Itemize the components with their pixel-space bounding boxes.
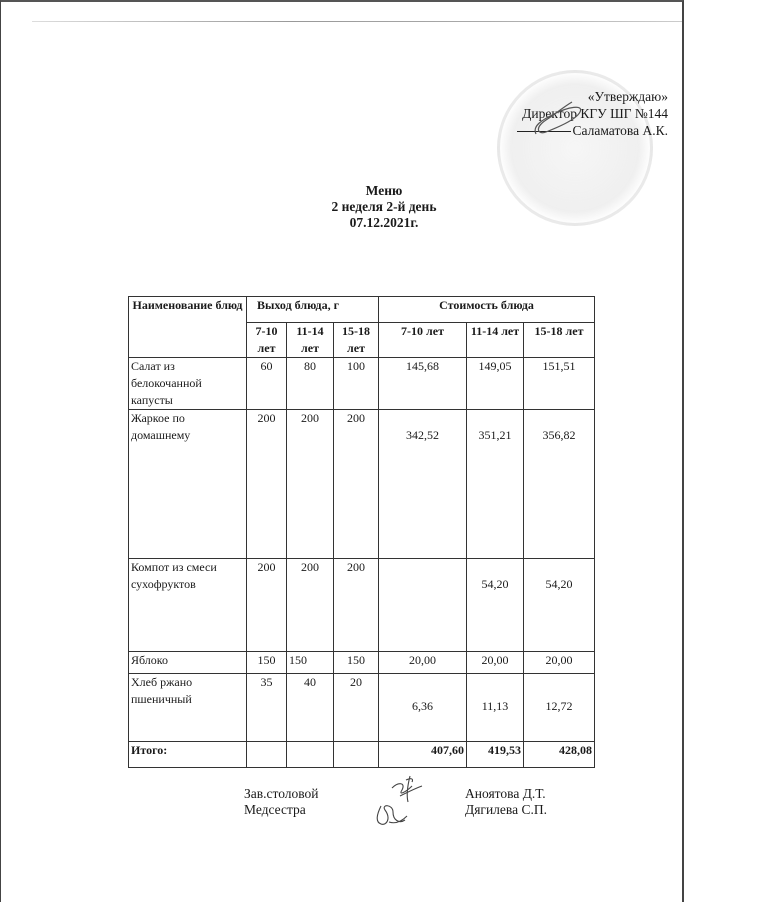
dish-name: Жаркое по домашнему bbox=[129, 410, 247, 559]
dish-name: Хлеб ржано пшеничный bbox=[129, 674, 247, 742]
dish-yield: 80 bbox=[287, 358, 334, 410]
dish-yield: 200 bbox=[247, 410, 287, 559]
role-canteen-head: Зав.столовой bbox=[244, 786, 319, 802]
header-yield-age: 11-14 лет bbox=[287, 323, 334, 358]
dish-yield: 20 bbox=[334, 674, 379, 742]
menu-table: Наименование блюд Выход блюда, г Стоимос… bbox=[128, 296, 595, 768]
dish-cost: 20,00 bbox=[379, 652, 467, 674]
empty-cell bbox=[247, 742, 287, 768]
table-row: Салат из белокочанной капусты 60 80 100 … bbox=[129, 358, 595, 410]
dish-yield: 200 bbox=[287, 559, 334, 652]
dish-yield: 35 bbox=[247, 674, 287, 742]
dish-yield: 60 bbox=[247, 358, 287, 410]
total-label: Итого: bbox=[129, 742, 247, 768]
name-nurse: Дягилева С.П. bbox=[465, 802, 547, 818]
dish-cost: 12,72 bbox=[524, 674, 595, 742]
header-cost-age: 15-18 лет bbox=[524, 323, 595, 358]
name-canteen-head: Аноятова Д.Т. bbox=[465, 786, 547, 802]
dish-yield: 150 bbox=[247, 652, 287, 674]
dish-yield: 40 bbox=[287, 674, 334, 742]
role-nurse: Медсестра bbox=[244, 802, 319, 818]
dish-name: Яблоко bbox=[129, 652, 247, 674]
table-row: Яблоко 150 150 150 20,00 20,00 20,00 bbox=[129, 652, 595, 674]
dish-cost: 356,82 bbox=[524, 410, 595, 559]
footer-roles: Зав.столовой Медсестра bbox=[244, 786, 319, 818]
menu-title: Меню 2 неделя 2-й день 07.12.2021г. bbox=[0, 183, 768, 231]
dish-cost bbox=[379, 559, 467, 652]
dish-yield: 150 bbox=[287, 652, 334, 674]
total-cost: 428,08 bbox=[524, 742, 595, 768]
footer-names: Аноятова Д.Т. Дягилева С.П. bbox=[465, 786, 547, 818]
dish-cost: 20,00 bbox=[467, 652, 524, 674]
dish-cost: 351,21 bbox=[467, 410, 524, 559]
empty-cell bbox=[334, 742, 379, 768]
dish-yield: 200 bbox=[334, 559, 379, 652]
header-yield: Выход блюда, г bbox=[247, 297, 379, 323]
dish-yield: 100 bbox=[334, 358, 379, 410]
empty-cell bbox=[287, 742, 334, 768]
title-week-day: 2 неделя 2-й день bbox=[0, 199, 768, 215]
dish-cost: 151,51 bbox=[524, 358, 595, 410]
dish-cost: 54,20 bbox=[524, 559, 595, 652]
total-cost: 407,60 bbox=[379, 742, 467, 768]
director-signature-icon bbox=[528, 98, 588, 140]
title-date: 07.12.2021г. bbox=[0, 215, 768, 231]
dish-yield: 200 bbox=[287, 410, 334, 559]
dish-cost: 342,52 bbox=[379, 410, 467, 559]
table-row: Компот из смеси сухофруктов 200 200 200 … bbox=[129, 559, 595, 652]
dish-cost: 149,05 bbox=[467, 358, 524, 410]
dish-cost: 11,13 bbox=[467, 674, 524, 742]
dish-yield: 200 bbox=[334, 410, 379, 559]
header-cost-age: 7-10 лет bbox=[379, 323, 467, 358]
header-dish-name: Наименование блюд bbox=[129, 297, 247, 358]
total-cost: 419,53 bbox=[467, 742, 524, 768]
dish-cost: 20,00 bbox=[524, 652, 595, 674]
dish-yield: 200 bbox=[247, 559, 287, 652]
nurse-signature-icon bbox=[371, 800, 411, 830]
dish-name: Компот из смеси сухофруктов bbox=[129, 559, 247, 652]
dish-yield: 150 bbox=[334, 652, 379, 674]
dish-cost: 6,36 bbox=[379, 674, 467, 742]
header-row: Наименование блюд Выход блюда, г Стоимос… bbox=[129, 297, 595, 323]
total-row: Итого: 407,60 419,53 428,08 bbox=[129, 742, 595, 768]
dish-name: Салат из белокочанной капусты bbox=[129, 358, 247, 410]
header-yield-age: 7-10 лет bbox=[247, 323, 287, 358]
title-heading: Меню bbox=[0, 183, 768, 199]
header-cost-age: 11-14 лет bbox=[467, 323, 524, 358]
header-rule bbox=[32, 21, 682, 22]
table-row: Хлеб ржано пшеничный 35 40 20 6,36 11,13… bbox=[129, 674, 595, 742]
table-row: Жаркое по домашнему 200 200 200 342,52 3… bbox=[129, 410, 595, 559]
dish-cost: 54,20 bbox=[467, 559, 524, 652]
header-cost: Стоимость блюда bbox=[379, 297, 595, 323]
dish-cost: 145,68 bbox=[379, 358, 467, 410]
header-yield-age: 15-18 лет bbox=[334, 323, 379, 358]
